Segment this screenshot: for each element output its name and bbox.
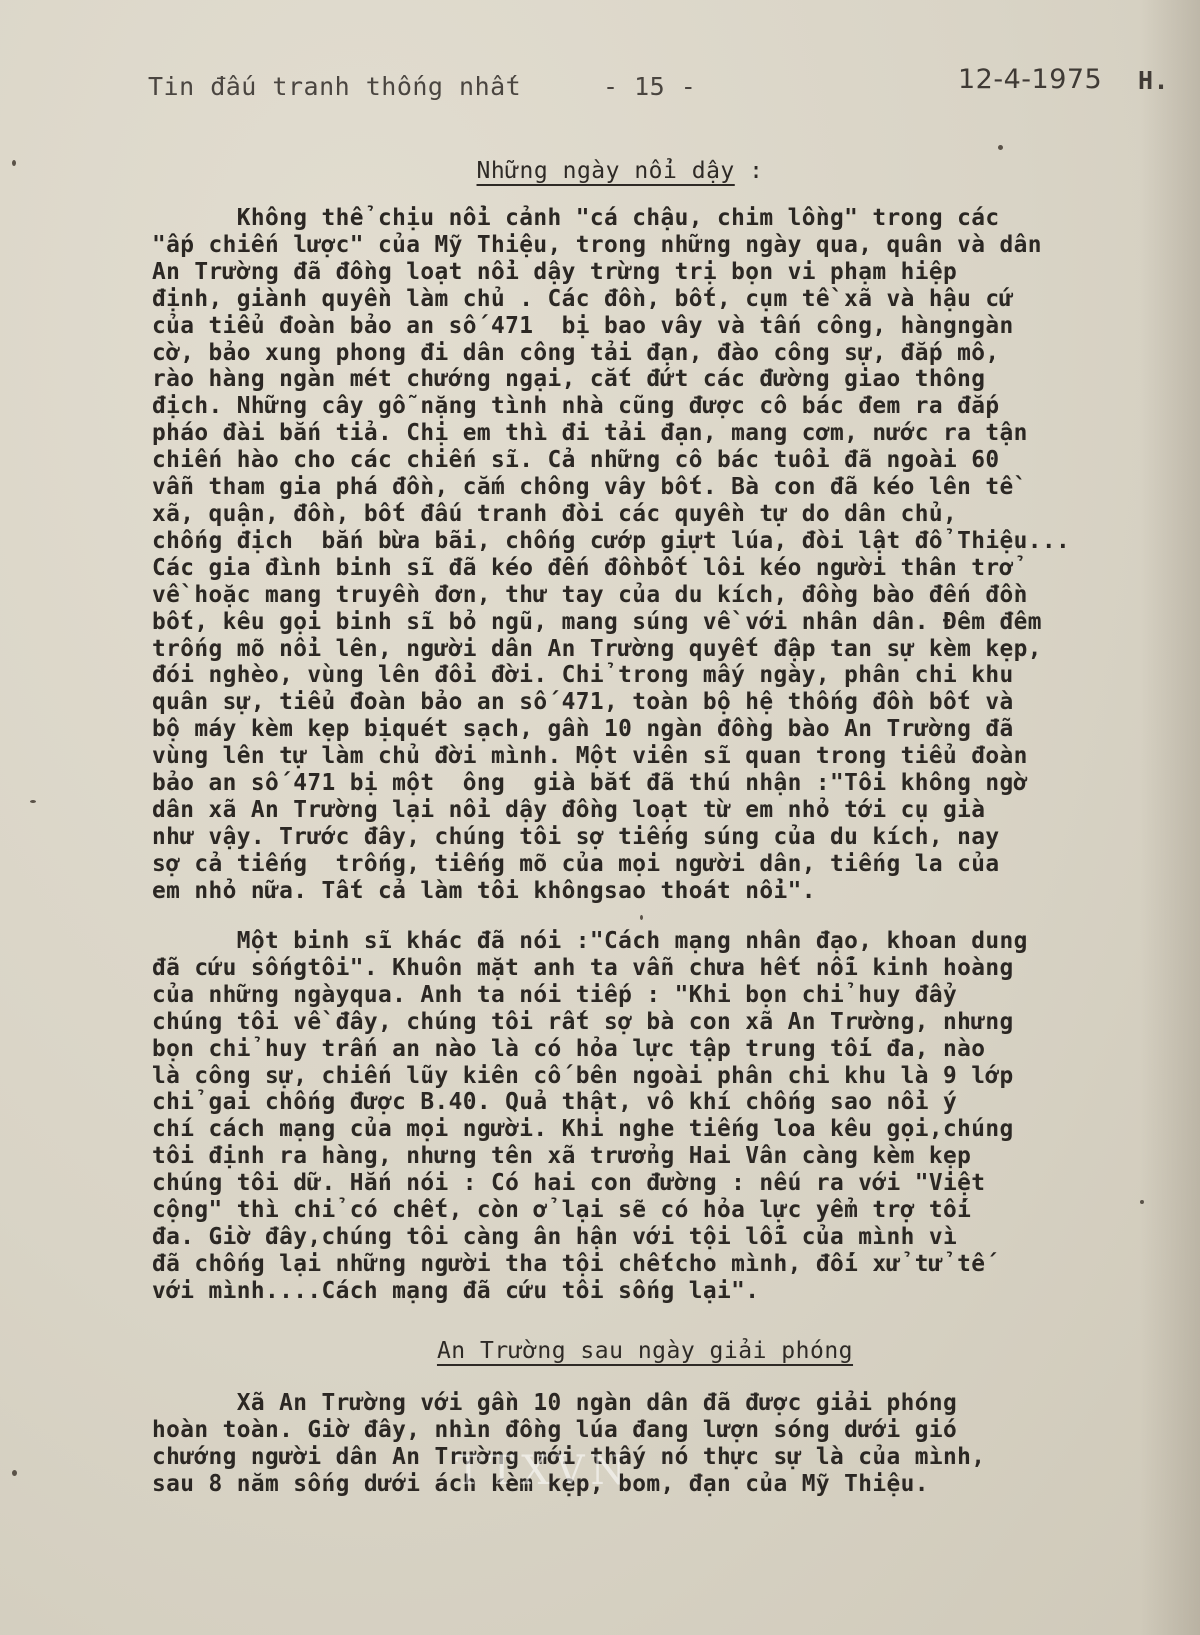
text-line: em nhỏ nữa. Tất cả làm tôi khôngsao thoá… (152, 878, 1152, 905)
page-header: Tin đấu tranh thống nhất - 15 - 12-4-197… (148, 72, 1130, 112)
text-line: An Trường đã đồng loạt nổi dậy trừng trị… (152, 259, 1152, 286)
text-line: địch. Những cây gỗ nặng tình nhà cũng đư… (152, 393, 1152, 420)
text-line: về hoặc mang truyền đơn, thư tay của du … (152, 582, 1152, 609)
text-line: cờ, bảo xung phong đi dân công tải đạn, … (152, 340, 1152, 367)
text-line: Không thể chịu nổi cảnh "cá chậu, chim l… (152, 205, 1152, 232)
text-line: cộng" thì chỉ có chết, còn ở lại sẽ có h… (152, 1197, 1152, 1224)
paper-speck (12, 160, 16, 166)
text-line: Các gia đình binh sĩ đã kéo đến đồnbốt l… (152, 555, 1152, 582)
document-date: 12-4-1975 (958, 64, 1102, 95)
text-line: sợ cả tiếng trống, tiếng mõ của mọi ngườ… (152, 851, 1152, 878)
text-line: Xã An Trường với gần 10 ngàn dân đã được… (152, 1390, 1152, 1417)
text-line: chúng tôi về đây, chúng tôi rất sợ bà co… (152, 1009, 1152, 1036)
text-line: chí cách mạng của mọi người. Khi nghe ti… (152, 1116, 1152, 1143)
text-line: xã, quận, đồn, bốt đấu tranh đòi các quy… (152, 501, 1152, 528)
text-line: vùng lên tự làm chủ đời mình. Một viên s… (152, 743, 1152, 770)
text-line: của những ngàyqua. Anh ta nói tiếp : "Kh… (152, 982, 1152, 1009)
paragraph-uprising: Không thể chịu nổi cảnh "cá chậu, chim l… (152, 205, 1152, 905)
document-mark: H. (1138, 66, 1169, 95)
text-line: "ấp chiến lược" của Mỹ Thiệu, trong nhữn… (152, 232, 1152, 259)
text-line: của tiểu đoàn bảo an số 471 bị bao vây v… (152, 313, 1152, 340)
text-line: pháo đài bắn tỉa. Chị em thì đi tải đạn,… (152, 420, 1152, 447)
paper-speck (1140, 1200, 1144, 1204)
page-number: - 15 - (603, 72, 696, 101)
text-line: chúng tôi dữ. Hắn nói : Có hai con đường… (152, 1170, 1152, 1197)
text-line: rào hàng ngàn mét chướng ngại, cắt đứt c… (152, 366, 1152, 393)
text-line: đa. Giờ đây,chúng tôi càng ân hận với tộ… (152, 1224, 1152, 1251)
text-line: bốt, kêu gọi binh sĩ bỏ ngũ, mang súng v… (152, 609, 1152, 636)
typewritten-document-page: Tin đấu tranh thống nhất - 15 - 12-4-197… (0, 0, 1200, 1635)
text-line: bọn chỉ huy trấn an nào là có hỏa lực tậ… (152, 1036, 1152, 1063)
section-heading-after-liberation: An Trường sau ngày giải phóng (90, 1338, 1200, 1364)
paper-speck (998, 145, 1003, 150)
text-line: hoàn toàn. Giờ đây, nhìn đồng lúa đang l… (152, 1417, 1152, 1444)
publication-title: Tin đấu tranh thống nhất (148, 72, 521, 101)
watermark: TTXVN (455, 1448, 745, 1498)
paper-speck (12, 1470, 17, 1476)
text-line: như vậy. Trước đây, chúng tôi sợ tiếng s… (152, 824, 1152, 851)
text-line: đã cứu sốngtôi". Khuôn mặt anh ta vẫn ch… (152, 955, 1152, 982)
text-line: chỉ gai chống được B.40. Quả thật, vô kh… (152, 1089, 1152, 1116)
text-line: đã chống lại những người tha tội chếtcho… (152, 1251, 1152, 1278)
text-line: chống địch bắn bừa bãi, chống cướp giựt … (152, 528, 1152, 555)
text-line: bộ máy kèm kẹp bịquét sạch, gần 10 ngàn … (152, 716, 1152, 743)
text-line: dân xã An Trường lại nổi dậy đồng loạt t… (152, 797, 1152, 824)
text-line: đói nghèo, vùng lên đổi đời. Chỉ trong m… (152, 662, 1152, 689)
text-line: tôi định ra hàng, nhưng tên xã trưởng Ha… (152, 1143, 1152, 1170)
text-line: với mình....Cách mạng đã cứu tôi sống lạ… (152, 1278, 1152, 1305)
text-line: chiến hào cho các chiến sĩ. Cả những cô … (152, 447, 1152, 474)
section-heading-text: Những ngày nổi dậy (477, 158, 735, 184)
text-line: Một binh sĩ khác đã nói :"Cách mạng nhân… (152, 928, 1152, 955)
text-line: vẫn tham gia phá đồn, cắm chông vây bốt.… (152, 474, 1152, 501)
section-heading-colon: : (735, 158, 764, 184)
text-line: trống mõ nổi lên, người dân An Trường qu… (152, 636, 1152, 663)
text-line: định, giành quyền làm chủ . Các đồn, bốt… (152, 286, 1152, 313)
paragraph-soldier-testimony: Một binh sĩ khác đã nói :"Cách mạng nhân… (152, 928, 1152, 1305)
paper-speck (640, 915, 643, 920)
section-heading-uprising: Những ngày nổi dậy : (40, 158, 1200, 184)
text-line: bảo an số 471 bị một ông già bắt đã thú … (152, 770, 1152, 797)
text-line: là công sự, chiến lũy kiên cố bên ngoài … (152, 1063, 1152, 1090)
section-heading-text: An Trường sau ngày giải phóng (437, 1338, 853, 1364)
paper-speck (30, 800, 36, 803)
text-line: quân sự, tiểu đoàn bảo an số 471, toàn b… (152, 689, 1152, 716)
